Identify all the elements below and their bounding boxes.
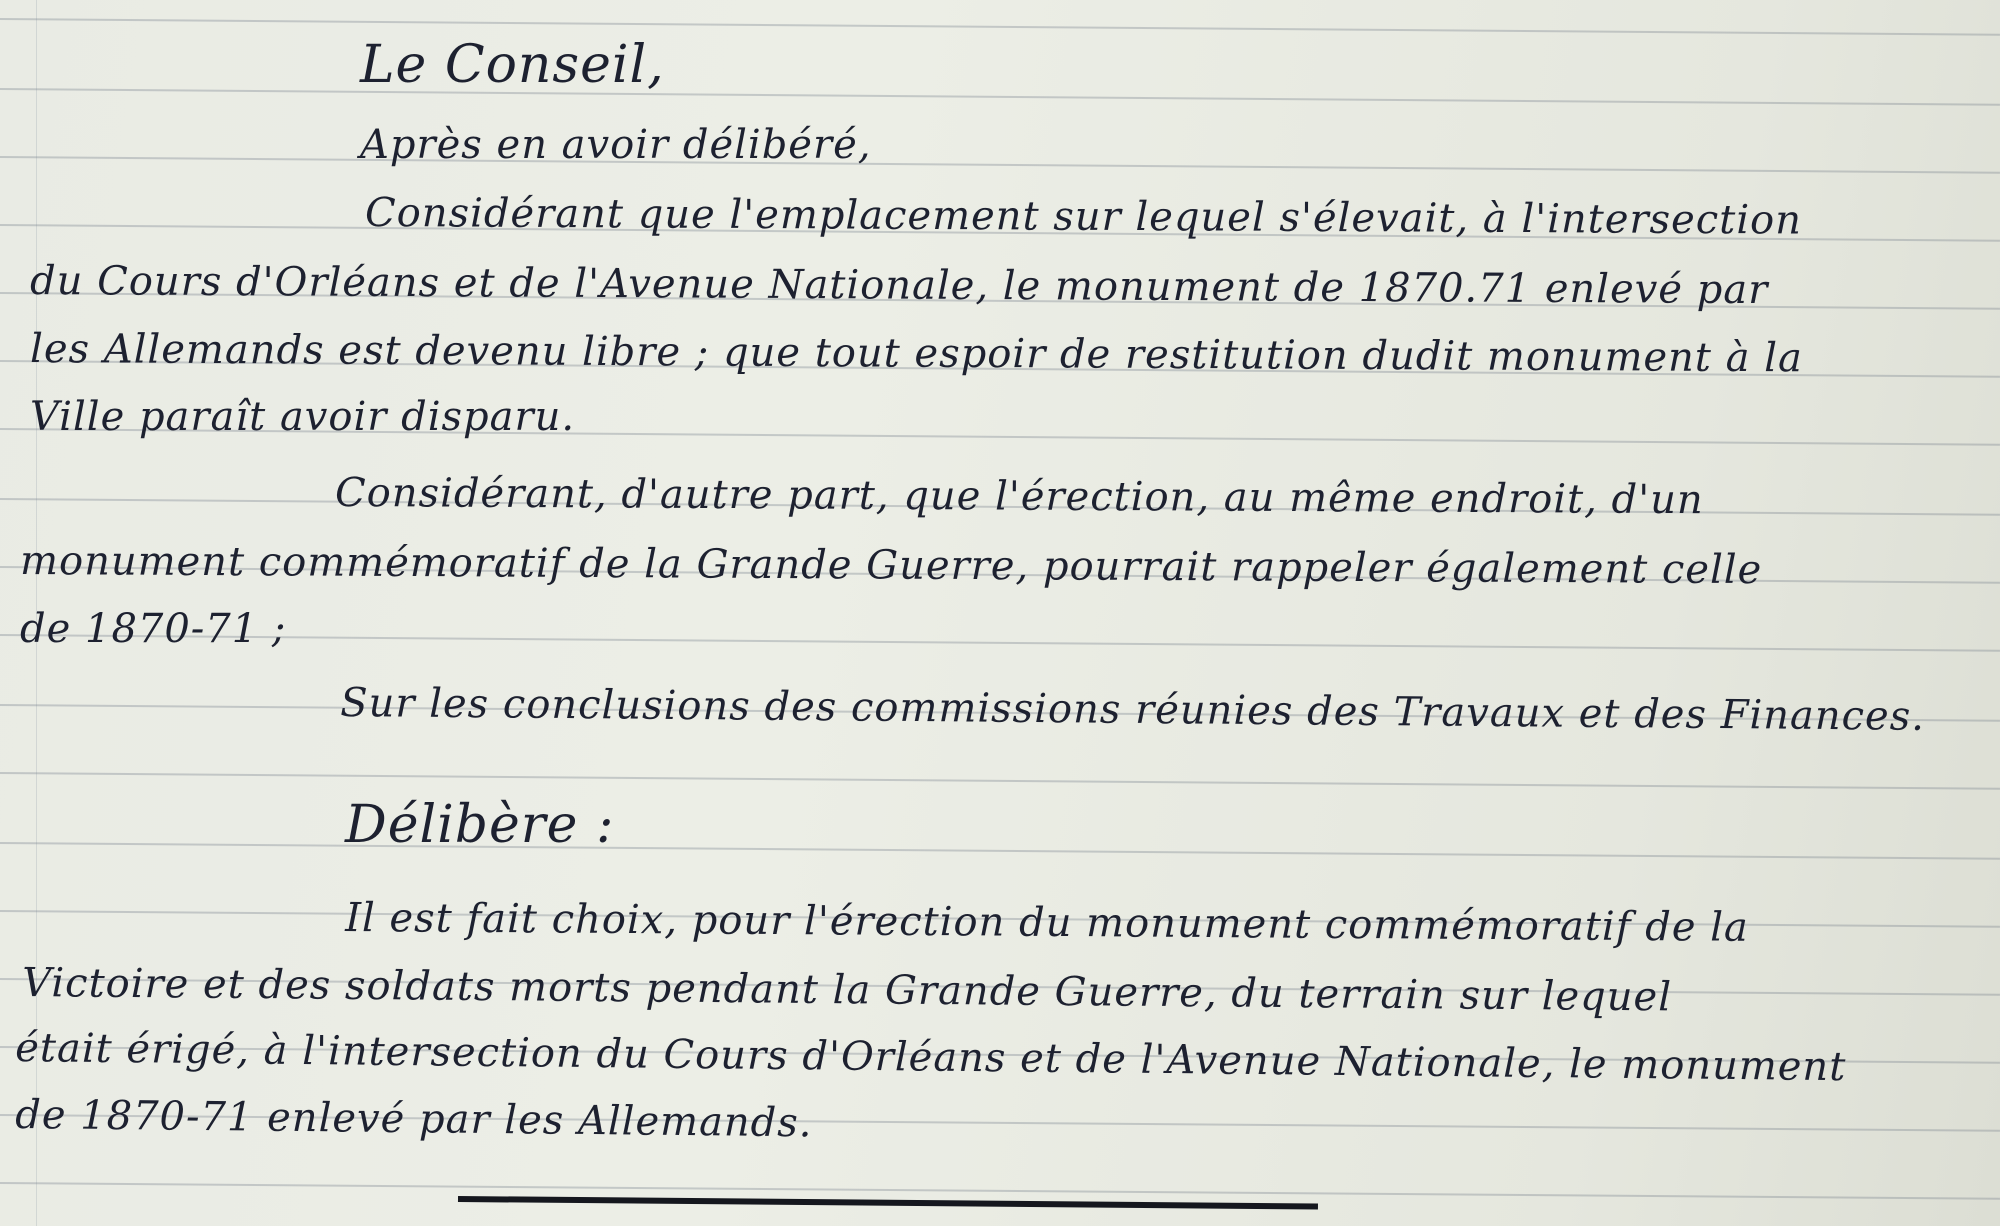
ruled-line xyxy=(0,156,2000,174)
considerant-line-4: Ville paraît avoir disparu. xyxy=(30,394,575,440)
ruled-line xyxy=(0,88,2000,106)
considerant-line-1: Considérant que l'emplacement sur lequel… xyxy=(365,190,1802,244)
decision-line-2: Victoire et des soldats morts pendant la… xyxy=(22,960,1672,1020)
considerant2-line-2: monument commémoratif de la Grande Guerr… xyxy=(20,538,1762,593)
decision-line-1: Il est fait choix, pour l'érection du mo… xyxy=(345,895,1749,951)
handwritten-register-page: Le Conseil, Après en avoir délibéré, Con… xyxy=(0,0,2000,1226)
considerant-line-2: du Cours d'Orléans et de l'Avenue Nation… xyxy=(30,258,1768,313)
decision-line-3: était érigé, à l'intersection du Cours d… xyxy=(15,1025,1847,1090)
para-apres-deliberation: Après en avoir délibéré, xyxy=(360,122,871,168)
closing-rule xyxy=(458,1196,1318,1210)
ruled-line xyxy=(0,772,2000,790)
considerant-line-3: les Allemands est devenu libre ; que tou… xyxy=(30,326,1803,381)
heading-delibere: Délibère : xyxy=(345,795,614,855)
ruled-line xyxy=(0,634,2000,652)
heading-le-conseil: Le Conseil, xyxy=(360,35,665,95)
ruled-line xyxy=(0,1182,2000,1200)
decision-line-4: de 1870-71 enlevé par les Allemands. xyxy=(15,1092,813,1146)
ruled-line xyxy=(0,842,2000,860)
considerant2-line-1: Considérant, d'autre part, que l'érectio… xyxy=(335,470,1704,523)
ruled-line xyxy=(0,18,2000,36)
sur-les-conclusions: Sur les conclusions des commissions réun… xyxy=(340,680,1925,740)
considerant2-line-3: de 1870-71 ; xyxy=(20,606,286,652)
